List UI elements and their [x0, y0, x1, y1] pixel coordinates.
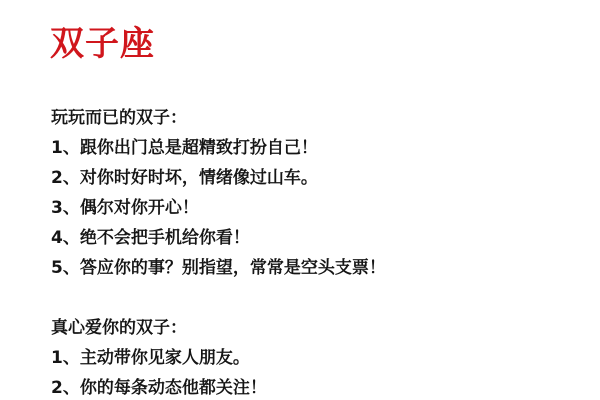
list-item: 1、跟你出门总是超精致打扮自己！	[51, 133, 386, 163]
section-heading: 玩玩而已的双子：	[51, 103, 386, 133]
list-item: 1、主动带你见家人朋友。	[51, 343, 267, 373]
list-item: 4、绝不会把手机给你看！	[51, 223, 386, 253]
list-item: 2、你的每条动态他都关注！	[51, 373, 267, 400]
page-title: 双子座	[50, 22, 155, 66]
list-item: 3、偶尔对你开心！	[51, 193, 386, 223]
section-heading: 真心爱你的双子：	[51, 313, 267, 343]
section-casual: 玩玩而已的双子： 1、跟你出门总是超精致打扮自己！ 2、对你时好时坏，情绪像过山…	[51, 103, 386, 283]
list-item: 2、对你时好时坏，情绪像过山车。	[51, 163, 386, 193]
list-item: 5、答应你的事？别指望，常常是空头支票！	[51, 253, 386, 283]
section-sincere: 真心爱你的双子： 1、主动带你见家人朋友。 2、你的每条动态他都关注！	[51, 313, 267, 400]
